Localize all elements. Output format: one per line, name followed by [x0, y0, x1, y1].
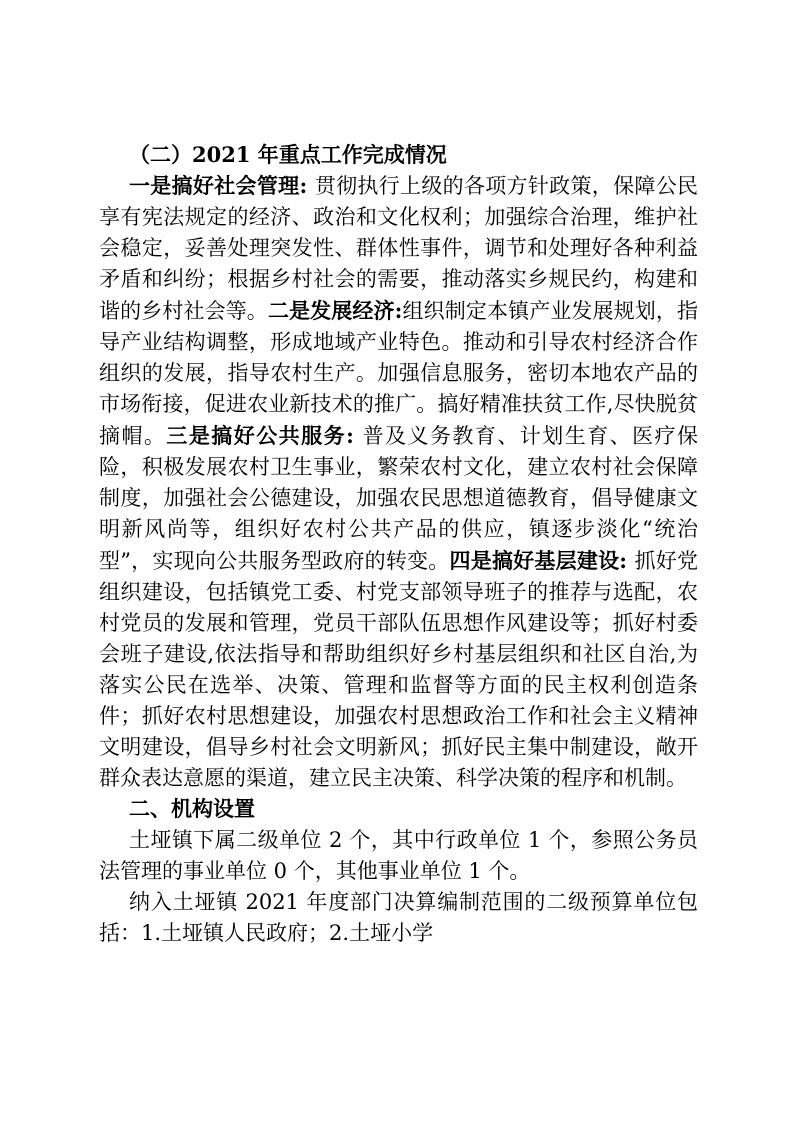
text-run: 抓好党组织建设，包括镇党工委、村党支部领导班子的推荐与选配，农村党员的发展和管理… [99, 549, 698, 790]
paragraph-key-work-details: 一是搞好社会管理: 贯彻执行上级的各项方针政策，保障公民享有宪法规定的经济、政治… [99, 170, 698, 794]
paragraph-subordinate-units: 土垭镇下属二级单位 2 个，其中行政单位 1 个，参照公务员法管理的事业单位 0… [99, 825, 698, 887]
bold-run-heading: 一是搞好社会管理: [129, 173, 315, 198]
bold-run-heading: 二是发展经济: [268, 298, 402, 323]
document-page: （二）2021 年重点工作完成情况 一是搞好社会管理: 贯彻执行上级的各项方针政… [0, 0, 793, 1122]
bold-run-heading: 四是搞好基层建设: [450, 548, 635, 573]
heading-key-work-completion: （二）2021 年重点工作完成情况 [99, 139, 698, 170]
paragraph-budget-units-scope: 纳入土垭镇 2021 年度部门决算编制范围的二级预算单位包括：1.土垭镇人民政府… [99, 887, 698, 949]
bold-run-heading: 三是搞好公共服务: [166, 423, 362, 448]
heading-organization-setup: 二、机构设置 [99, 794, 698, 825]
